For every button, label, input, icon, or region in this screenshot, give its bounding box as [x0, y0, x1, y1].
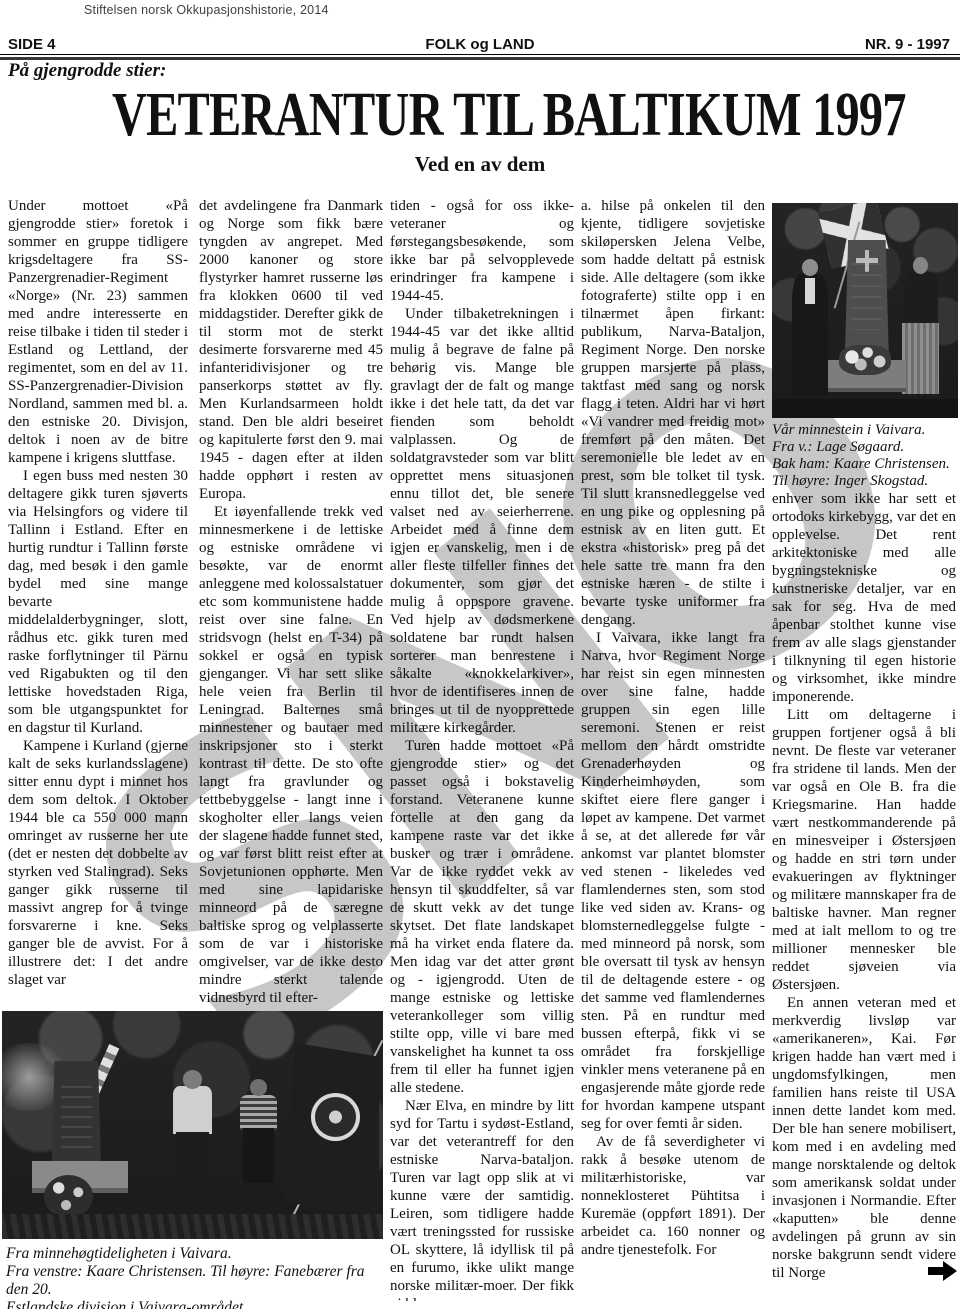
- white-shirt-man: [173, 1086, 211, 1134]
- paragraph: I egen buss med nesten 30 deltagere gikk…: [8, 467, 188, 737]
- paragraph: Kampene i Kurland (gjerne kalt de seks k…: [8, 737, 188, 989]
- photo-caption-top-right: Vår minnestein i Vaivara.Fra v.: Lage Sø…: [772, 422, 960, 490]
- paragraph: En annen veteran med et merkverdig livsl…: [772, 994, 956, 1282]
- paragraph: Et iøyenfallende trekk ved minnesmerkene…: [199, 503, 383, 1007]
- headline-wrap: VETERANTUR TIL BALTIKUM 1997: [0, 84, 960, 146]
- memorial-stone: [52, 1061, 102, 1166]
- photo-caption-bottom-left: Fra minnehøgtideligheten i Vaivara.Fra v…: [6, 1245, 384, 1309]
- paragraph: Av de få severdigheter vi rakk å besøke …: [581, 1133, 765, 1259]
- paragraph: tiden - også for oss ikke-veteraner og f…: [390, 197, 574, 305]
- newspaper-name: FOLK og LAND: [0, 36, 960, 53]
- caption-line: Bak ham: Kaare Christensen.: [772, 456, 960, 473]
- woman-skirt: [902, 323, 939, 394]
- paragraph: Turen hadde mottoet «På gjengrodde stier…: [390, 737, 574, 1097]
- memorial-photo-bottom-left: [2, 1011, 383, 1239]
- paragraph: Under tilbaketrekningen i 1944-45 var de…: [390, 305, 574, 737]
- caption-line: Estlandske divisjon i Vaivara-området.: [6, 1299, 384, 1309]
- paragraph: a. hilse på onkelen til den kjente, tidl…: [581, 197, 765, 629]
- newspaper-page: Stiftelsen norsk Okkupasjonshistorie, 20…: [0, 0, 960, 1309]
- paragraph: Nær Elva, en mindre by litt syd for Tart…: [390, 1097, 574, 1301]
- flower-bouquet: [839, 345, 891, 375]
- article-column-4: a. hilse på onkelen til den kjente, tidl…: [581, 197, 765, 1301]
- archive-stamp: Stiftelsen norsk Okkupasjonshistorie, 20…: [84, 3, 329, 17]
- masthead-rule-thin: [0, 54, 960, 55]
- man-shirt: [805, 278, 814, 304]
- article-column-2: det avdelingene fra Danmark og Norge som…: [199, 197, 383, 1007]
- paragraph: enhver som ikke har sett et ortodoks kir…: [772, 490, 956, 706]
- paragraph: Litt om deltagerne i gruppen fortjener o…: [772, 706, 956, 994]
- article-column-5: enhver som ikke har sett et ortodoks kir…: [772, 490, 956, 1282]
- banner-emblem-icon: [311, 1093, 361, 1141]
- caption-line: Fra minnehøgtideligheten i Vaivara.: [6, 1245, 384, 1263]
- article-column-1: Under mottoet «På gjengrodde stier» fore…: [8, 197, 188, 1007]
- striped-shirt-man: [240, 1095, 277, 1129]
- woman-figure: [904, 272, 937, 328]
- subheadline: Ved en av dem: [0, 152, 960, 177]
- headline: VETERANTUR TIL BALTIKUM 1997: [112, 84, 906, 146]
- paragraph: det avdelingene fra Danmark og Norge som…: [199, 197, 383, 503]
- white-shirt-man-trousers: [176, 1132, 209, 1196]
- continued-arrow-icon: [928, 1261, 958, 1281]
- article-column-3: tiden - også for oss ikke-veteraner og f…: [390, 197, 574, 1301]
- paragraph: I Vaivara, ikke langt fra Narva, hvor Re…: [581, 629, 765, 1133]
- white-shirt-man-head: [183, 1070, 202, 1088]
- caption-line: Fra venstre: Kaare Christensen. Til høyr…: [6, 1263, 384, 1299]
- caption-line: Til høyre: Inger Skogstad.: [772, 473, 960, 490]
- caption-line: Vår minnestein i Vaivara.: [772, 422, 960, 439]
- striped-shirt-man-trousers: [243, 1128, 274, 1183]
- memorial-photo-top-right: [772, 203, 958, 418]
- cross-inscription-icon: [856, 250, 878, 272]
- issue-label: NR. 9 - 1997: [865, 36, 950, 53]
- ground-shadow: [772, 399, 958, 418]
- grass-foreground: [2, 1214, 383, 1239]
- caption-line: Fra v.: Lage Søgaard.: [772, 439, 960, 456]
- kicker: På gjengrodde stier:: [8, 60, 166, 82]
- paragraph: Under mottoet «På gjengrodde stier» fore…: [8, 197, 188, 467]
